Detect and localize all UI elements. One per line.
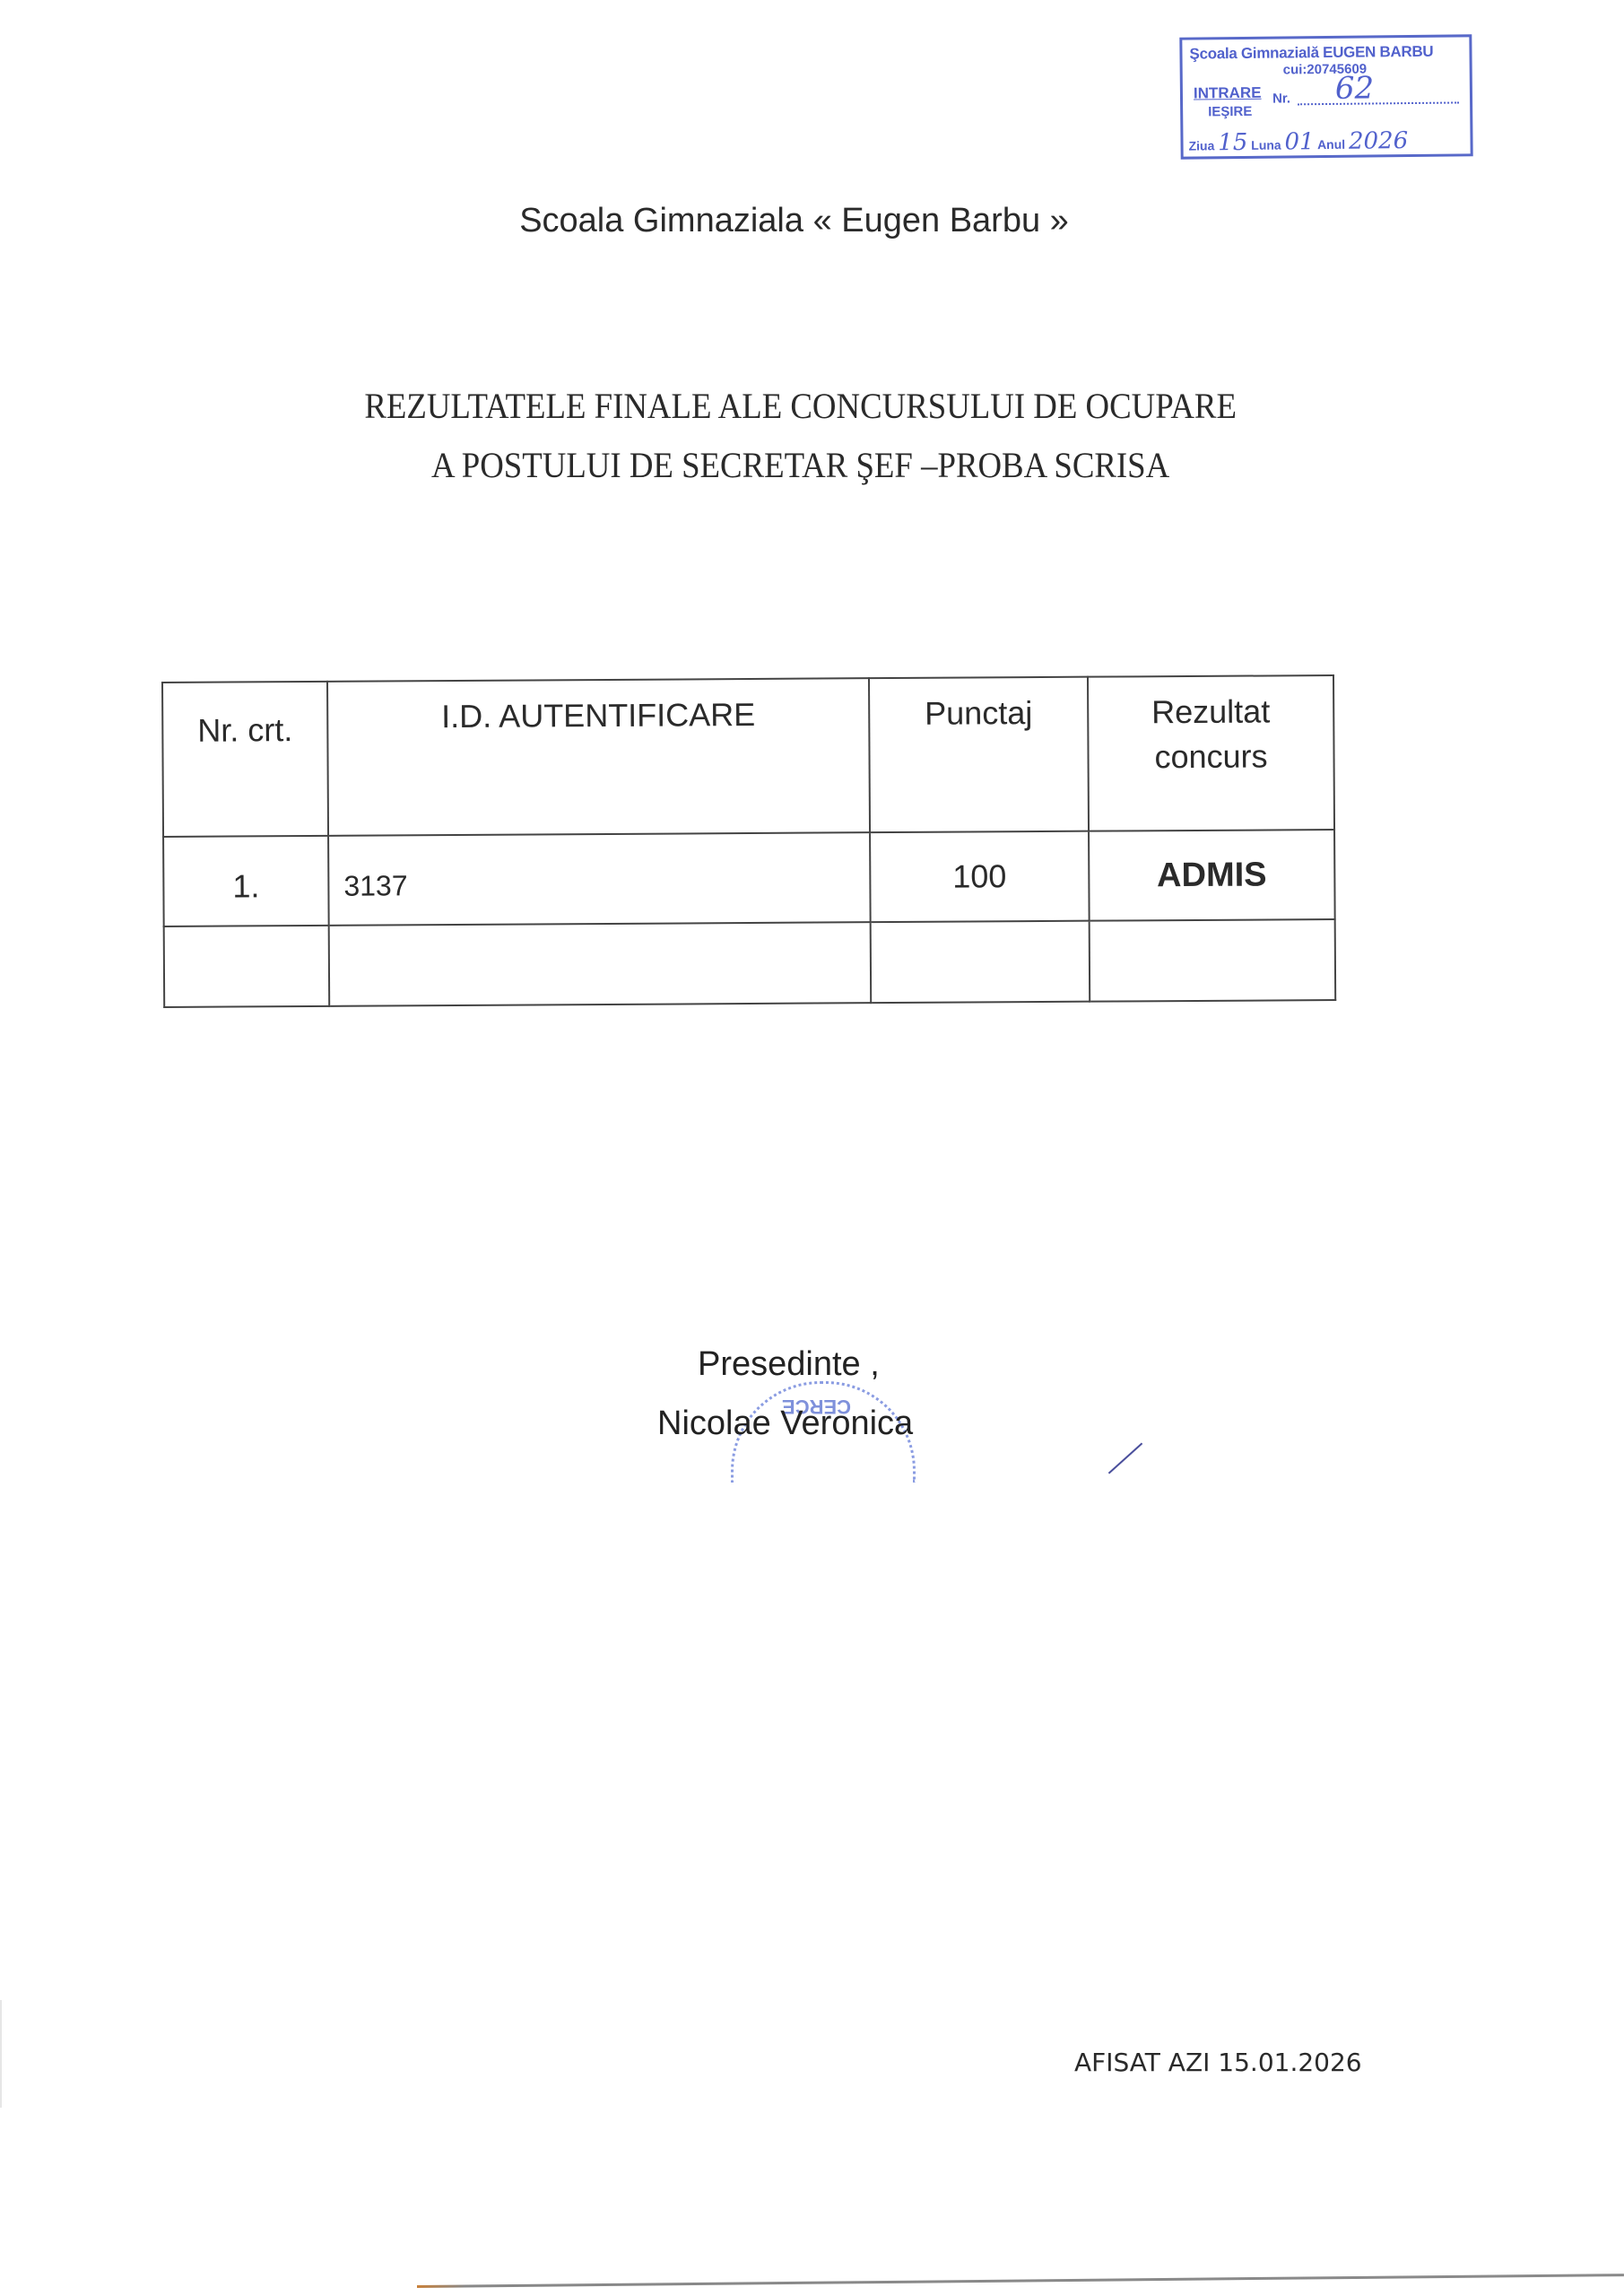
stamp-date-line: Ziua 15 Luna 01 Anul 2026: [1188, 127, 1408, 157]
cell-punctaj: [871, 921, 1090, 1003]
results-table: Nr. crt. I.D. AUTENTIFICARE Punctaj Rezu…: [161, 674, 1336, 1008]
cell-nr: [164, 926, 330, 1007]
document-title: REZULTATELE FINALE ALE CONCURSULUI DE OC…: [65, 377, 1559, 495]
stamp-nr-label: Nr.: [1272, 91, 1290, 106]
table-row: 1. 3137 100 ADMIS: [163, 830, 1335, 926]
stamp-day-label: Ziua: [1188, 138, 1214, 152]
school-name-text: Scoala Gimnaziala « Eugen Barbu »: [519, 202, 1069, 239]
stamp-dotted-line: [1298, 89, 1459, 105]
stamp-day-value: 15: [1218, 129, 1247, 156]
stamp-year-value: 2026: [1349, 127, 1408, 155]
signature-name: Nicolae Veronica: [657, 1405, 913, 1443]
stamp-nr-value: 62: [1335, 70, 1375, 106]
posted-date: AFISAT AZI 15.01.2026: [1074, 2048, 1362, 2077]
registration-stamp: Şcoala Gimnazială EUGEN BARBU cui:207456…: [1179, 34, 1472, 159]
stamp-month-label: Luna: [1251, 138, 1281, 152]
cell-id: [329, 922, 872, 1006]
header-nr-crt: Nr. crt.: [162, 682, 328, 837]
header-rezultat-line-2: concurs: [1089, 734, 1333, 780]
signature-role: Presedinte ,: [698, 1345, 880, 1384]
cell-rezultat: ADMIS: [1089, 830, 1335, 921]
header-id-autentificare: I.D. AUTENTIFICARE: [327, 678, 870, 836]
table-row: [164, 919, 1336, 1007]
stamp-entry-label: INTRARE: [1194, 84, 1262, 103]
header-rezultat-line-1: Rezultat: [1089, 689, 1333, 735]
stamp-institution: Şcoala Gimnazială EUGEN BARBU: [1189, 43, 1433, 64]
stamp-month-value: 01: [1284, 128, 1314, 155]
header-punctaj: Punctaj: [869, 677, 1089, 832]
cell-nr: 1.: [163, 836, 329, 926]
stamp-year-label: Anul: [1317, 137, 1345, 152]
stamp-exit-label: IEŞIRE: [1208, 104, 1252, 120]
scan-edge-left: [0, 2000, 2, 2108]
cell-id: 3137: [328, 832, 871, 926]
cell-rezultat: [1090, 919, 1336, 1002]
table-header-row: Nr. crt. I.D. AUTENTIFICARE Punctaj Rezu…: [162, 675, 1334, 837]
header-rezultat-concurs: Rezultat concurs: [1088, 675, 1334, 831]
cell-punctaj: 100: [870, 831, 1090, 922]
title-line-1: REZULTATELE FINALE ALE CONCURSULUI DE OC…: [54, 377, 1548, 436]
title-line-2: A POSTULUI DE SECRETAR ŞEF –PROBA SCRISA: [54, 436, 1548, 495]
scan-edge-bottom: [417, 2274, 1624, 2288]
school-name: Scoala Gimnaziala « Eugen Barbu »: [0, 202, 1624, 240]
signature-pen-stroke: [1108, 1443, 1142, 1474]
